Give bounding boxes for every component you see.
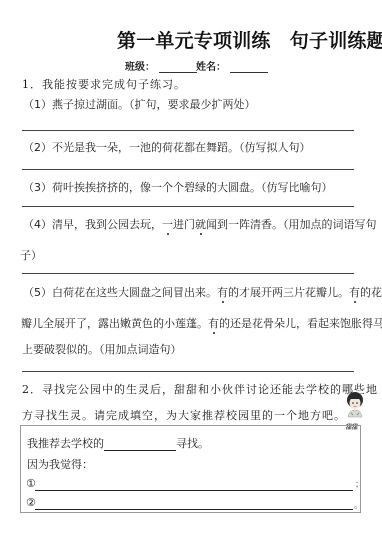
answer-line-1-1[interactable] <box>22 130 354 131</box>
reason2-marker: ② <box>26 496 36 509</box>
answer-line-1-2[interactable] <box>22 169 354 170</box>
recommend-place-blank[interactable] <box>104 439 176 451</box>
recommend-post: 寻找。 <box>176 437 209 450</box>
section2-line1: 2．寻找完公园中的生灵后，甜甜和小伙伴讨论还能去学校的哪些地 <box>22 381 378 397</box>
q5-dotted-word-2: 有 <box>349 286 360 299</box>
because-label: 因为我觉得： <box>27 456 93 472</box>
q5-text-post: 的花 <box>360 286 382 299</box>
question-1-1: （1）燕子掠过湖面。（扩句，要求最少扩两处） <box>23 96 256 112</box>
class-label: 班级： <box>125 62 155 73</box>
question-1-3: （3）荷叶挨挨挤挤的，像一个个碧绿的大圆盘。（仿写比喻句） <box>23 179 333 195</box>
q5-text-mid: 的才展开两三片花瓣儿。 <box>228 286 349 299</box>
question-1-5-line2: 瓣儿全展开了，露出嫩黄色的小莲蓬。有的还是花骨朵儿，看起来饱胀得马 <box>21 315 382 331</box>
q4-text-pre: （4）清早，我到公园去玩， <box>23 218 162 231</box>
answer-line-1-3[interactable] <box>22 206 354 207</box>
question-1-5-line3: 上要破裂似的。（用加点词造句） <box>22 341 182 357</box>
question-1-5-line1: （5）白荷花在这些大圆盘之间冒出来。有的才展开两三片花瓣儿。有的花 <box>23 284 382 300</box>
q5-dotted-word-3: 有 <box>208 317 219 330</box>
class-blank[interactable] <box>159 62 197 73</box>
section2-line2: 方寻找生灵。请完成填空，为大家推荐校园里的一个地方吧。 <box>22 407 346 423</box>
reason2-end: 。 <box>354 498 363 511</box>
q4-text-post: 闻到一阵清香。（用加点的词语写句 <box>206 218 377 231</box>
question-1-4-line1: （4）清早，我到公园去玩，一进门就闻到一阵清香。（用加点的词语写句 <box>23 216 377 232</box>
name-blank[interactable] <box>230 62 268 73</box>
q5-line2-post: 的还是花骨朵儿，看起来饱胀得马 <box>219 317 382 330</box>
recommend-line: 我推荐去学校的寻找。 <box>27 435 209 451</box>
answer-line-1-4[interactable] <box>22 273 354 274</box>
answer-box: 我推荐去学校的寻找。 因为我觉得： ① ； ② 。 <box>20 425 361 513</box>
q5-text-pre: （5）白荷花在这些大圆盘之间冒出来。 <box>23 286 217 299</box>
recommend-pre: 我推荐去学校的 <box>27 437 104 450</box>
question-1-2: （2）不光是我一朵，一池的荷花都在舞蹈。（仿写拟人句） <box>23 139 311 155</box>
girl-character-icon <box>343 391 367 423</box>
name-label: 姓名： <box>196 62 226 73</box>
page-title: 第一单元专项训练 句子训练题 <box>117 26 382 53</box>
section1-heading: 1．我能按要求完成句子练习。 <box>22 76 186 92</box>
answer-line-1-5[interactable] <box>22 371 354 372</box>
name-field: 姓名： <box>196 58 268 73</box>
reason1-blank[interactable] <box>35 490 353 491</box>
reason2-blank[interactable] <box>35 509 353 510</box>
q4-dotted-word-1: 一 <box>162 218 173 231</box>
q5-dotted-word-1: 有 <box>217 286 228 299</box>
q4-dotted-word-2: 就 <box>195 218 206 231</box>
question-1-4-line2: 子） <box>20 247 42 263</box>
reason1-marker: ① <box>26 477 36 490</box>
q4-text-mid: 进门 <box>173 218 195 231</box>
reason1-end: ； <box>355 477 364 490</box>
q5-line2-pre: 瓣儿全展开了，露出嫩黄色的小莲蓬。 <box>21 317 208 330</box>
class-field: 班级： <box>125 58 197 73</box>
